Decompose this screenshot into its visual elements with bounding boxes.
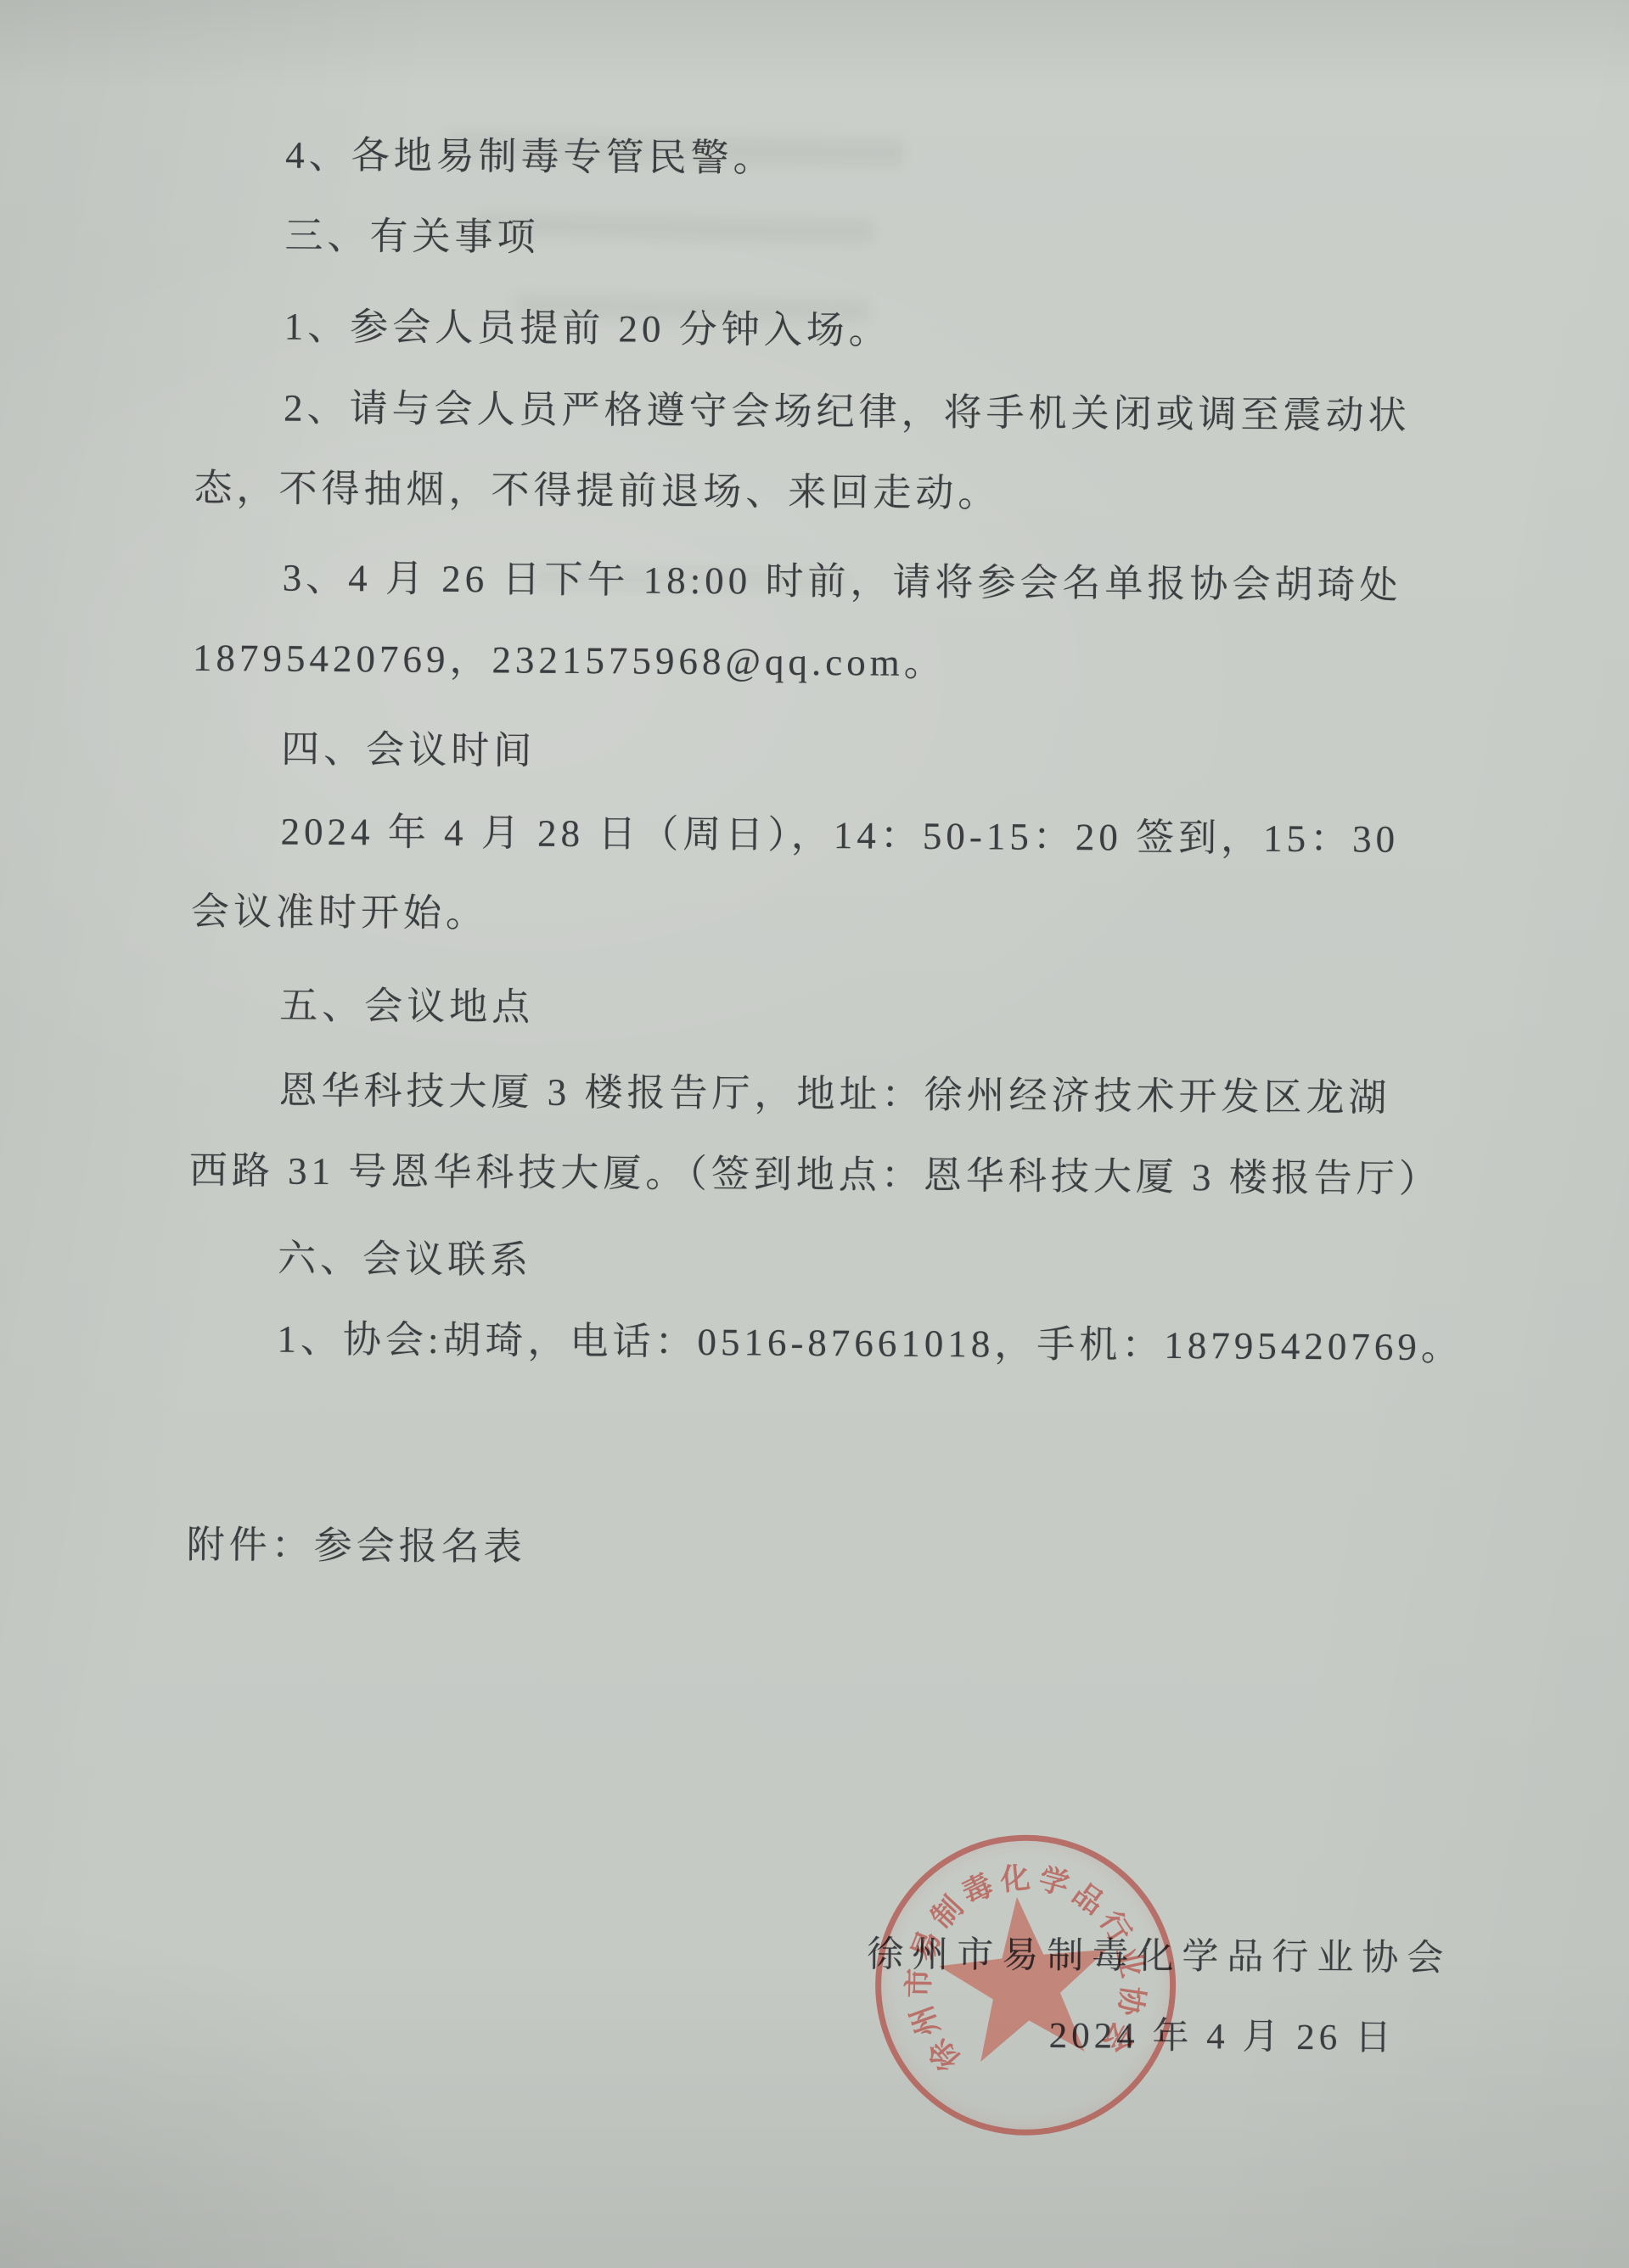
document-line: 六、会议联系 bbox=[278, 1227, 532, 1284]
document-line: 恩华科技大厦 3 楼报告厅，地址：徐州经济技术开发区龙湖 bbox=[278, 1059, 1390, 1122]
official-seal: 徐州市易制毒化学品行业协会 bbox=[862, 1821, 1190, 2149]
document-line: 四、会议时间 bbox=[281, 718, 536, 775]
document-line: 西路 31 号恩华科技大厦。（签到地点：恩华科技大厦 3 楼报告厅） bbox=[189, 1139, 1441, 1203]
document-line: 附件：参会报名表 bbox=[187, 1513, 526, 1571]
document-content: 4、各地易制毒专管民警。三、有关事项1、参会人员提前 20 分钟入场。2、请与会… bbox=[0, 0, 1629, 2268]
document-line: 4、各地易制毒专管民警。 bbox=[285, 124, 776, 182]
seal-ring-char: 化 bbox=[998, 1855, 1032, 1900]
document-line: 2024 年 4 月 28 日（周日），14：50-15：20 签到，15：30 bbox=[280, 800, 1399, 863]
document-line: 2、请与会人员严格遵守会场纪律，将手机关闭或调至震动状 bbox=[284, 377, 1411, 440]
seal-ring-char: 市 bbox=[896, 1968, 939, 1998]
document-body: 4、各地易制毒专管民警。三、有关事项1、参会人员提前 20 分钟入场。2、请与会… bbox=[6, 0, 1629, 6]
document-line: 会议准时开始。 bbox=[191, 880, 488, 937]
document-line: 18795420769，2321575968@qq.com。 bbox=[193, 626, 947, 687]
document-line: 3、4 月 26 日下午 18:00 时前，请将参会名单报协会胡琦处 bbox=[282, 547, 1402, 609]
document-line: 五、会议地点 bbox=[279, 974, 534, 1031]
document-line: 态，不得抽烟，不得提前退场、来回走动。 bbox=[194, 457, 1000, 518]
document-line: 1、协会:胡琦，电话：0516-87661018，手机：18795420769。 bbox=[277, 1308, 1463, 1372]
document-line: 三、有关事项 bbox=[284, 205, 539, 261]
document-line: 1、参会人员提前 20 分钟入场。 bbox=[284, 295, 891, 355]
scanned-document-page: 4、各地易制毒专管民警。三、有关事项1、参会人员提前 20 分钟入场。2、请与会… bbox=[0, 0, 1629, 2268]
